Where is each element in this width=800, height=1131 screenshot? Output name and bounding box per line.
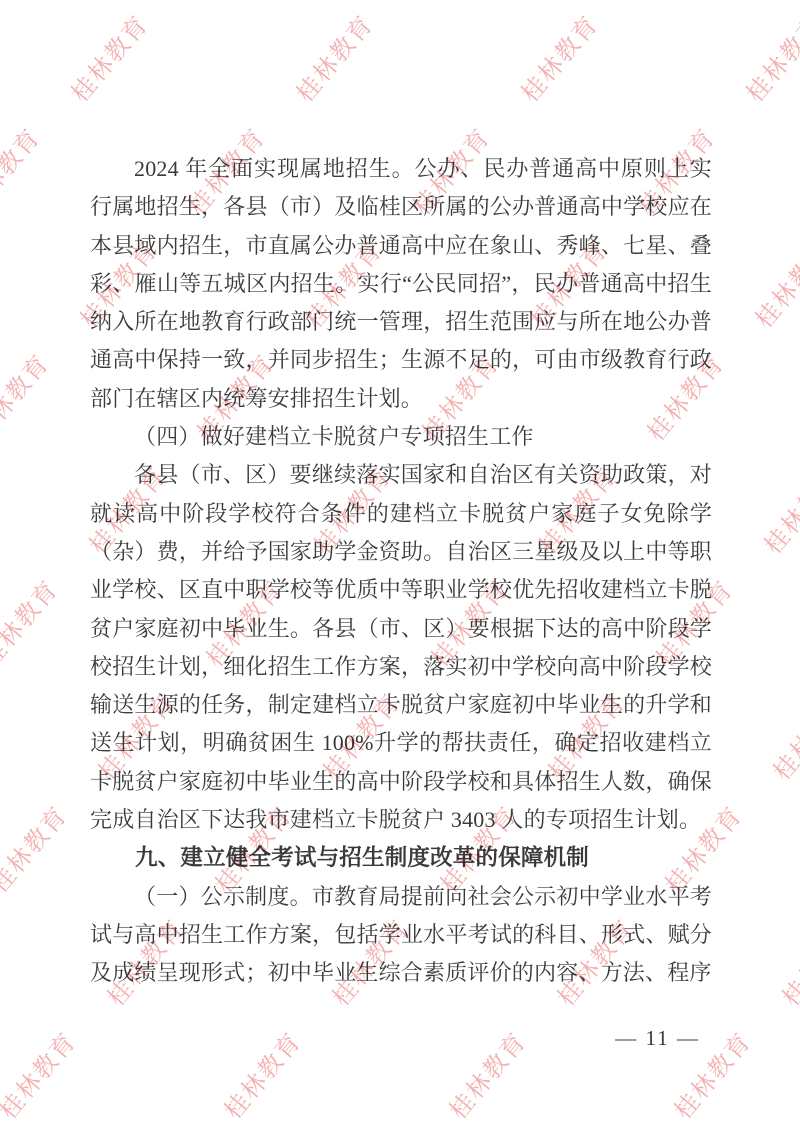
watermark-text: 桂林教育 <box>736 6 800 108</box>
watermark-text: 桂林教育 <box>772 910 800 1012</box>
section-heading-four: （四）做好建档立卡脱贫户专项招生工作 <box>90 418 712 456</box>
page-number: — 11 — <box>615 1026 700 1051</box>
watermark-text: 桂林教育 <box>214 1023 308 1125</box>
watermark-text: 桂林教育 <box>439 1023 533 1125</box>
section-heading-nine: 九、建立健全考试与招生制度改革的保障机制 <box>90 839 712 877</box>
document-body: 2024 年全面实现属地招生。公办、民办普通高中原则上实行属地招生，各县（市）及… <box>90 150 712 993</box>
watermark-text: 桂林教育 <box>0 571 65 673</box>
document-page: 2024 年全面实现属地招生。公办、民办普通高中原则上实行属地招生，各县（市）及… <box>0 0 800 1131</box>
watermark-text: 桂林教育 <box>0 797 74 899</box>
paragraph-poverty-support: 各县（市、区）要继续落实国家和自治区有关资助政策，对就读高中阶段学校符合条件的建… <box>90 456 712 839</box>
watermark-text: 桂林教育 <box>0 1023 83 1125</box>
watermark-text: 桂林教育 <box>763 684 800 786</box>
watermark-text: 桂林教育 <box>0 345 56 447</box>
watermark-text: 桂林教育 <box>0 119 47 221</box>
paragraph-publicity-system: （一）公示制度。市教育局提前向社会公示初中学业水平考试与高中招生工作方案，包括学… <box>90 878 712 993</box>
watermark-text: 桂林教育 <box>745 232 800 334</box>
watermark-text: 桂林教育 <box>754 458 800 560</box>
paragraph-territorial-enrollment: 2024 年全面实现属地招生。公办、民办普通高中原则上实行属地招生，各县（市）及… <box>90 150 712 418</box>
watermark-text: 桂林教育 <box>511 6 605 108</box>
watermark-text: 桂林教育 <box>61 6 155 108</box>
watermark-text: 桂林教育 <box>286 6 380 108</box>
